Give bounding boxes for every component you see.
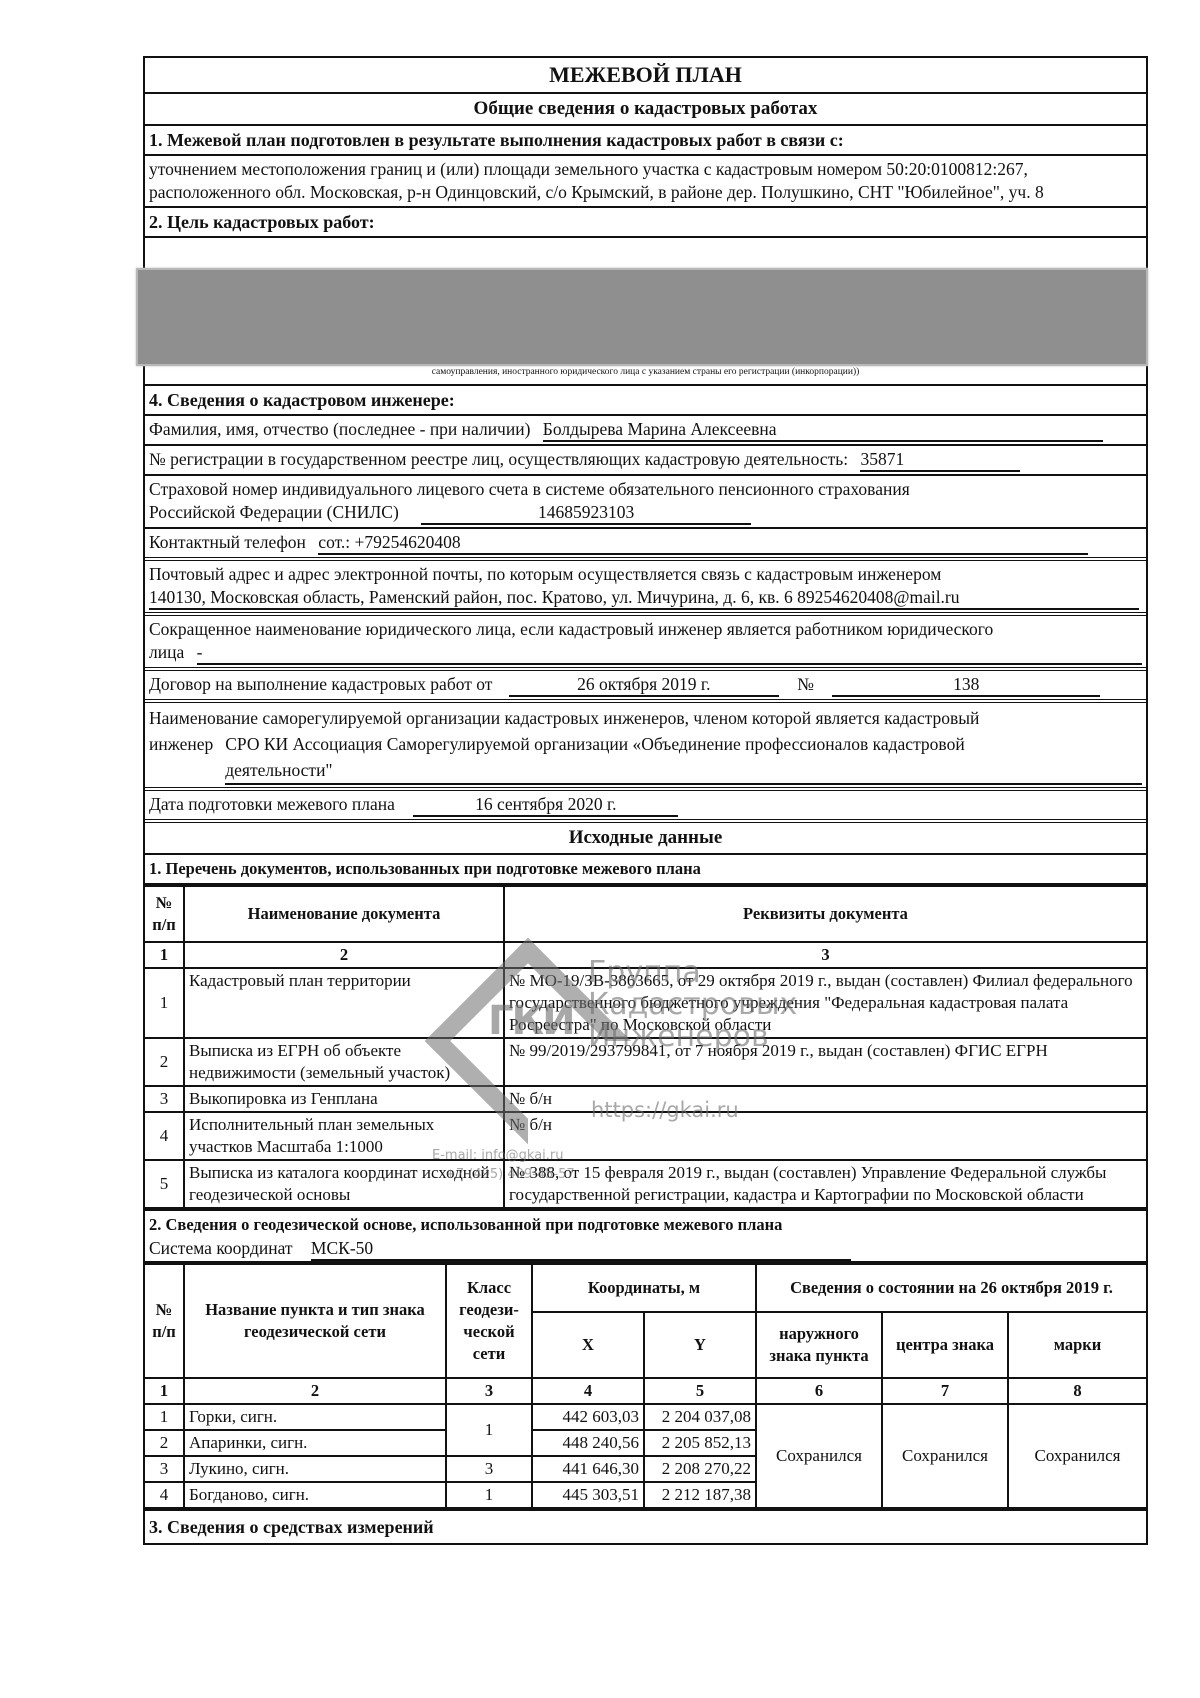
engineer-fio-label: Фамилия, имя, отчество (последнее - при … (149, 419, 530, 439)
sro-label-1: Наименование саморегулируемой организаци… (149, 705, 1142, 731)
source-data-heading: Исходные данные (145, 823, 1146, 855)
geo-col-number-1: 1 (144, 1378, 184, 1404)
geo-point-class: 1 (446, 1404, 532, 1456)
docs-col-num: № п/п (144, 886, 184, 942)
geo-point-y: 2 212 187,38 (644, 1482, 756, 1508)
contract-date: 26 октября 2019 г. (509, 674, 779, 697)
contract-no-label: № (797, 674, 814, 694)
geo-col-number-6: 6 (756, 1378, 882, 1404)
geo-col-number-3: 3 (446, 1378, 532, 1404)
engineer-org-label-1: Сокращенное наименование юридического ли… (149, 618, 1142, 641)
engineer-reg-row: № регистрации в государственном реестре … (145, 446, 1146, 476)
document-title: МЕЖЕВОЙ ПЛАН (145, 58, 1146, 94)
engineer-snils-row: Страховой номер индивидуального лицевого… (145, 476, 1146, 529)
redaction-block (136, 268, 1148, 366)
geo-col-name: Название пункта и тип знака геодезическо… (184, 1264, 446, 1378)
section-1-heading: 1. Межевой план подготовлен в результате… (145, 126, 1146, 156)
table-row: 1Кадастровый план территории№ МО-19/ЗВ-3… (144, 968, 1147, 1038)
table-row: 5Выписка из каталога координат исходной … (144, 1160, 1147, 1208)
engineer-phone-value: сот.: +79254620408 (318, 532, 1088, 555)
docs-col-details: Реквизиты документа (504, 886, 1147, 942)
engineer-snils-label-1: Страховой номер индивидуального лицевого… (149, 478, 1142, 501)
geo-point-name: Лукино, сигн. (184, 1456, 446, 1482)
doc-name: Выписка из каталога координат исходной г… (184, 1160, 504, 1208)
geo-point-x: 448 240,56 (532, 1430, 644, 1456)
general-info-heading: Общие сведения о кадастровых работах (145, 94, 1146, 126)
geodetic-heading: 2. Сведения о геодезической основе, испо… (149, 1213, 1142, 1237)
engineer-snils-value: 14685923103 (421, 502, 751, 525)
section-4-heading: 4. Сведения о кадастровом инженере: (145, 386, 1146, 416)
engineer-reg-value: 35871 (860, 449, 1020, 472)
geo-point-name: Горки, сигн. (184, 1404, 446, 1430)
prep-date-row: Дата подготовки межевого плана 16 сентяб… (145, 791, 1146, 823)
engineer-address-value: 140130, Московская область, Раменский ра… (149, 587, 1139, 610)
geo-col-coords: Координаты, м (532, 1264, 756, 1312)
docs-col-number-2: 2 (184, 942, 504, 968)
geo-point-class: 3 (446, 1456, 532, 1482)
prep-date-label: Дата подготовки межевого плана (149, 794, 395, 814)
geo-state-center: Сохранился (882, 1404, 1008, 1508)
doc-details: № б/н (504, 1112, 1147, 1160)
doc-num: 3 (144, 1086, 184, 1112)
docs-col-number-3: 3 (504, 942, 1147, 968)
sro-value-1: СРО КИ Ассоциация Саморегулируемой орган… (225, 731, 1142, 757)
geo-point-y: 2 204 037,08 (644, 1404, 756, 1430)
measurement-heading: 3. Сведения о средствах измерений (145, 1509, 1146, 1545)
contract-no: 138 (832, 674, 1100, 697)
geo-col-class: Класс геодези-ческой сети (446, 1264, 532, 1378)
geo-col-num: № п/п (144, 1264, 184, 1378)
engineer-fio-value: Болдырева Марина Алексеевна (543, 419, 1103, 442)
geo-point-num: 2 (144, 1430, 184, 1456)
geo-col-number-5: 5 (644, 1378, 756, 1404)
engineer-fio-row: Фамилия, имя, отчество (последнее - при … (145, 416, 1146, 446)
geo-col-outer: наружного знака пункта (756, 1312, 882, 1378)
geo-col-number-8: 8 (1008, 1378, 1147, 1404)
geo-point-num: 1 (144, 1404, 184, 1430)
table-row: 2Выписка из ЕГРН об объекте недвижимости… (144, 1038, 1147, 1086)
contract-row: Договор на выполнение кадастровых работ … (145, 671, 1146, 703)
engineer-reg-label: № регистрации в государственном реестре … (149, 449, 848, 469)
doc-details: № б/н (504, 1086, 1147, 1112)
geo-col-number-2: 2 (184, 1378, 446, 1404)
geodetic-section: 2. Сведения о геодезической основе, испо… (145, 1209, 1146, 1263)
doc-num: 4 (144, 1112, 184, 1160)
doc-num: 2 (144, 1038, 184, 1086)
geo-point-x: 445 303,51 (532, 1482, 644, 1508)
section-2-heading: 2. Цель кадастровых работ: (145, 208, 1146, 238)
geo-col-x: X (532, 1312, 644, 1378)
docs-col-number-1: 1 (144, 942, 184, 968)
geo-point-x: 442 603,03 (532, 1404, 644, 1430)
engineer-org-label-2: лица (149, 642, 184, 662)
engineer-org-row: Сокращенное наименование юридического ли… (145, 616, 1146, 671)
engineer-phone-label: Контактный телефон (149, 532, 306, 552)
docs-col-name: Наименование документа (184, 886, 504, 942)
coord-system-label: Система координат (149, 1238, 293, 1258)
documents-heading: 1. Перечень документов, использованных п… (145, 855, 1146, 885)
geo-point-num: 4 (144, 1482, 184, 1508)
geo-point-name: Богданово, сигн. (184, 1482, 446, 1508)
prep-date-value: 16 сентября 2020 г. (413, 794, 678, 817)
doc-details: № 388, от 15 февраля 2019 г., выдан (сос… (504, 1160, 1147, 1208)
engineer-phone-row: Контактный телефон сот.: +79254620408 (145, 529, 1146, 561)
doc-num: 5 (144, 1160, 184, 1208)
engineer-address-label: Почтовый адрес и адрес электронной почты… (149, 563, 1142, 586)
engineer-address-row: Почтовый адрес и адрес электронной почты… (145, 561, 1146, 616)
geo-point-y: 2 205 852,13 (644, 1430, 756, 1456)
geo-point-x: 441 646,30 (532, 1456, 644, 1482)
sro-label-2: инженер (149, 731, 213, 785)
geodetic-table: № п/п Название пункта и тип знака геодез… (143, 1263, 1148, 1509)
coord-system-value: МСК-50 (311, 1238, 851, 1261)
geo-point-y: 2 208 270,22 (644, 1456, 756, 1482)
table-row: 4Исполнительный план земельных участков … (144, 1112, 1147, 1160)
sro-row: Наименование саморегулируемой организаци… (145, 703, 1146, 791)
doc-name: Выкопировка из Генплана (184, 1086, 504, 1112)
sro-value-2: деятельности" (225, 757, 1142, 783)
documents-table: № п/п Наименование документа Реквизиты д… (143, 885, 1148, 1209)
geo-col-number-4: 4 (532, 1378, 644, 1404)
geo-point-num: 3 (144, 1456, 184, 1482)
engineer-org-value: - (197, 642, 1142, 665)
table-row: 3Выкопировка из Генплана№ б/н (144, 1086, 1147, 1112)
doc-num: 1 (144, 968, 184, 1038)
geo-state-mark: Сохранился (1008, 1404, 1147, 1508)
geo-col-state: Сведения о состоянии на 26 октября 2019 … (756, 1264, 1147, 1312)
geo-col-number-7: 7 (882, 1378, 1008, 1404)
geo-col-mark: марки (1008, 1312, 1147, 1378)
contract-label: Договор на выполнение кадастровых работ … (149, 674, 492, 694)
geo-col-center: центра знака (882, 1312, 1008, 1378)
doc-name: Исполнительный план земельных участков М… (184, 1112, 504, 1160)
engineer-snils-label-2: Российской Федерации (СНИЛС) (149, 502, 399, 522)
table-row: 1 Горки, сигн. 1 442 603,03 2 204 037,08… (144, 1404, 1147, 1430)
geo-point-class: 1 (446, 1482, 532, 1508)
section-1-text: уточнением местоположения границ и (или)… (145, 156, 1146, 208)
geo-state-outer: Сохранился (756, 1404, 882, 1508)
geo-point-name: Апаринки, сигн. (184, 1430, 446, 1456)
geo-col-y: Y (644, 1312, 756, 1378)
